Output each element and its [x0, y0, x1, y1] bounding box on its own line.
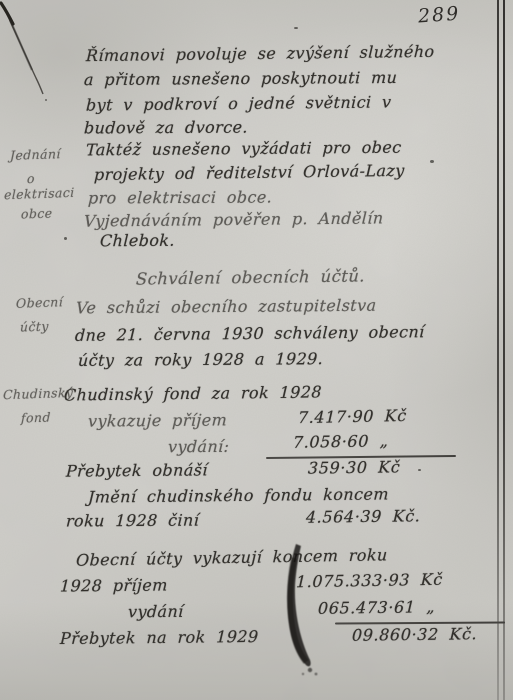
scanned-document-page: 289 Římanovi povoluje se zvýšení služnéh…	[0, 0, 513, 700]
handwritten-line: pro elektrisaci obce.	[88, 188, 273, 208]
scan-speck	[294, 27, 298, 29]
margin-note-line: Obecní	[16, 294, 63, 311]
fold-crease-mark	[0, 0, 80, 120]
section-heading: Schválení obecních účtů.	[136, 266, 366, 288]
ledger-amount: 1.075.333·93 Kč	[296, 570, 444, 592]
ledger-label: Přebytek obnáší	[66, 460, 209, 480]
margin-note-line: o	[27, 171, 35, 186]
handwritten-line: budově za dvorce.	[84, 118, 249, 138]
handwritten-line: dne 21. června 1930 schváleny obecní	[75, 322, 425, 345]
handwritten-line: a přitom usnešeno poskytnouti mu	[84, 68, 398, 89]
page-edge-line-inner	[497, 0, 499, 700]
ledger-amount: 065.473·61 „	[318, 597, 436, 618]
handwritten-line: Obecní účty vykazují koncem roku	[76, 545, 388, 569]
handwritten-line: Ve schůzi obecního zastupitelstva	[76, 296, 377, 318]
scan-speck	[64, 237, 67, 240]
ledger-label: vydání:	[168, 437, 230, 456]
margin-note-line: účty	[20, 318, 49, 334]
margin-note-line: obce	[21, 205, 53, 221]
ledger-amount: 4.564·39 Kč.	[306, 506, 421, 526]
handwritten-line: Chlebok.	[100, 231, 176, 251]
margin-note-line: Jednání	[10, 146, 61, 163]
scan-speck	[430, 160, 434, 163]
scan-speck	[418, 469, 421, 471]
margin-note-line: elektrisaci	[4, 185, 75, 202]
ledger-label: Přebytek na rok 1929	[60, 627, 259, 648]
handwritten-line: účty za roky 1928 a 1929.	[78, 349, 324, 370]
ledger-label: roku 1928 činí	[66, 511, 200, 531]
handwritten-line: Římanovi povoluje se zvýšení služného	[86, 42, 435, 65]
handwritten-line: projekty od ředitelství Orlová-Lazy	[94, 161, 405, 184]
ledger-label: vykazuje příjem	[88, 410, 228, 430]
ledger-amount: 09.860·32 Kč.	[352, 624, 478, 645]
page-number: 289	[417, 3, 461, 28]
handwritten-line: Jmění chudinského fondu koncem	[88, 484, 390, 506]
margin-note-line: fond	[21, 409, 51, 425]
handwritten-line: Taktéž usnešeno vyžádati pro obec	[86, 138, 402, 160]
handwritten-line: Vyjednáváním pověřen p. Andělín	[84, 208, 384, 230]
handwritten-line: byt v podkroví o jedné světnici v	[86, 92, 392, 114]
page-edge-line-outer	[503, 0, 505, 700]
handwritten-line: Chudinský fond za rok 1928	[64, 382, 323, 404]
ledger-amount: 7.417·90 Kč	[298, 406, 407, 427]
ledger-amount: 359·30 Kč	[308, 457, 401, 477]
ledger-label: 1928 příjem	[60, 576, 169, 596]
ledger-label: vydání	[128, 602, 185, 621]
ledger-amount: 7.058·60 „	[293, 431, 389, 452]
